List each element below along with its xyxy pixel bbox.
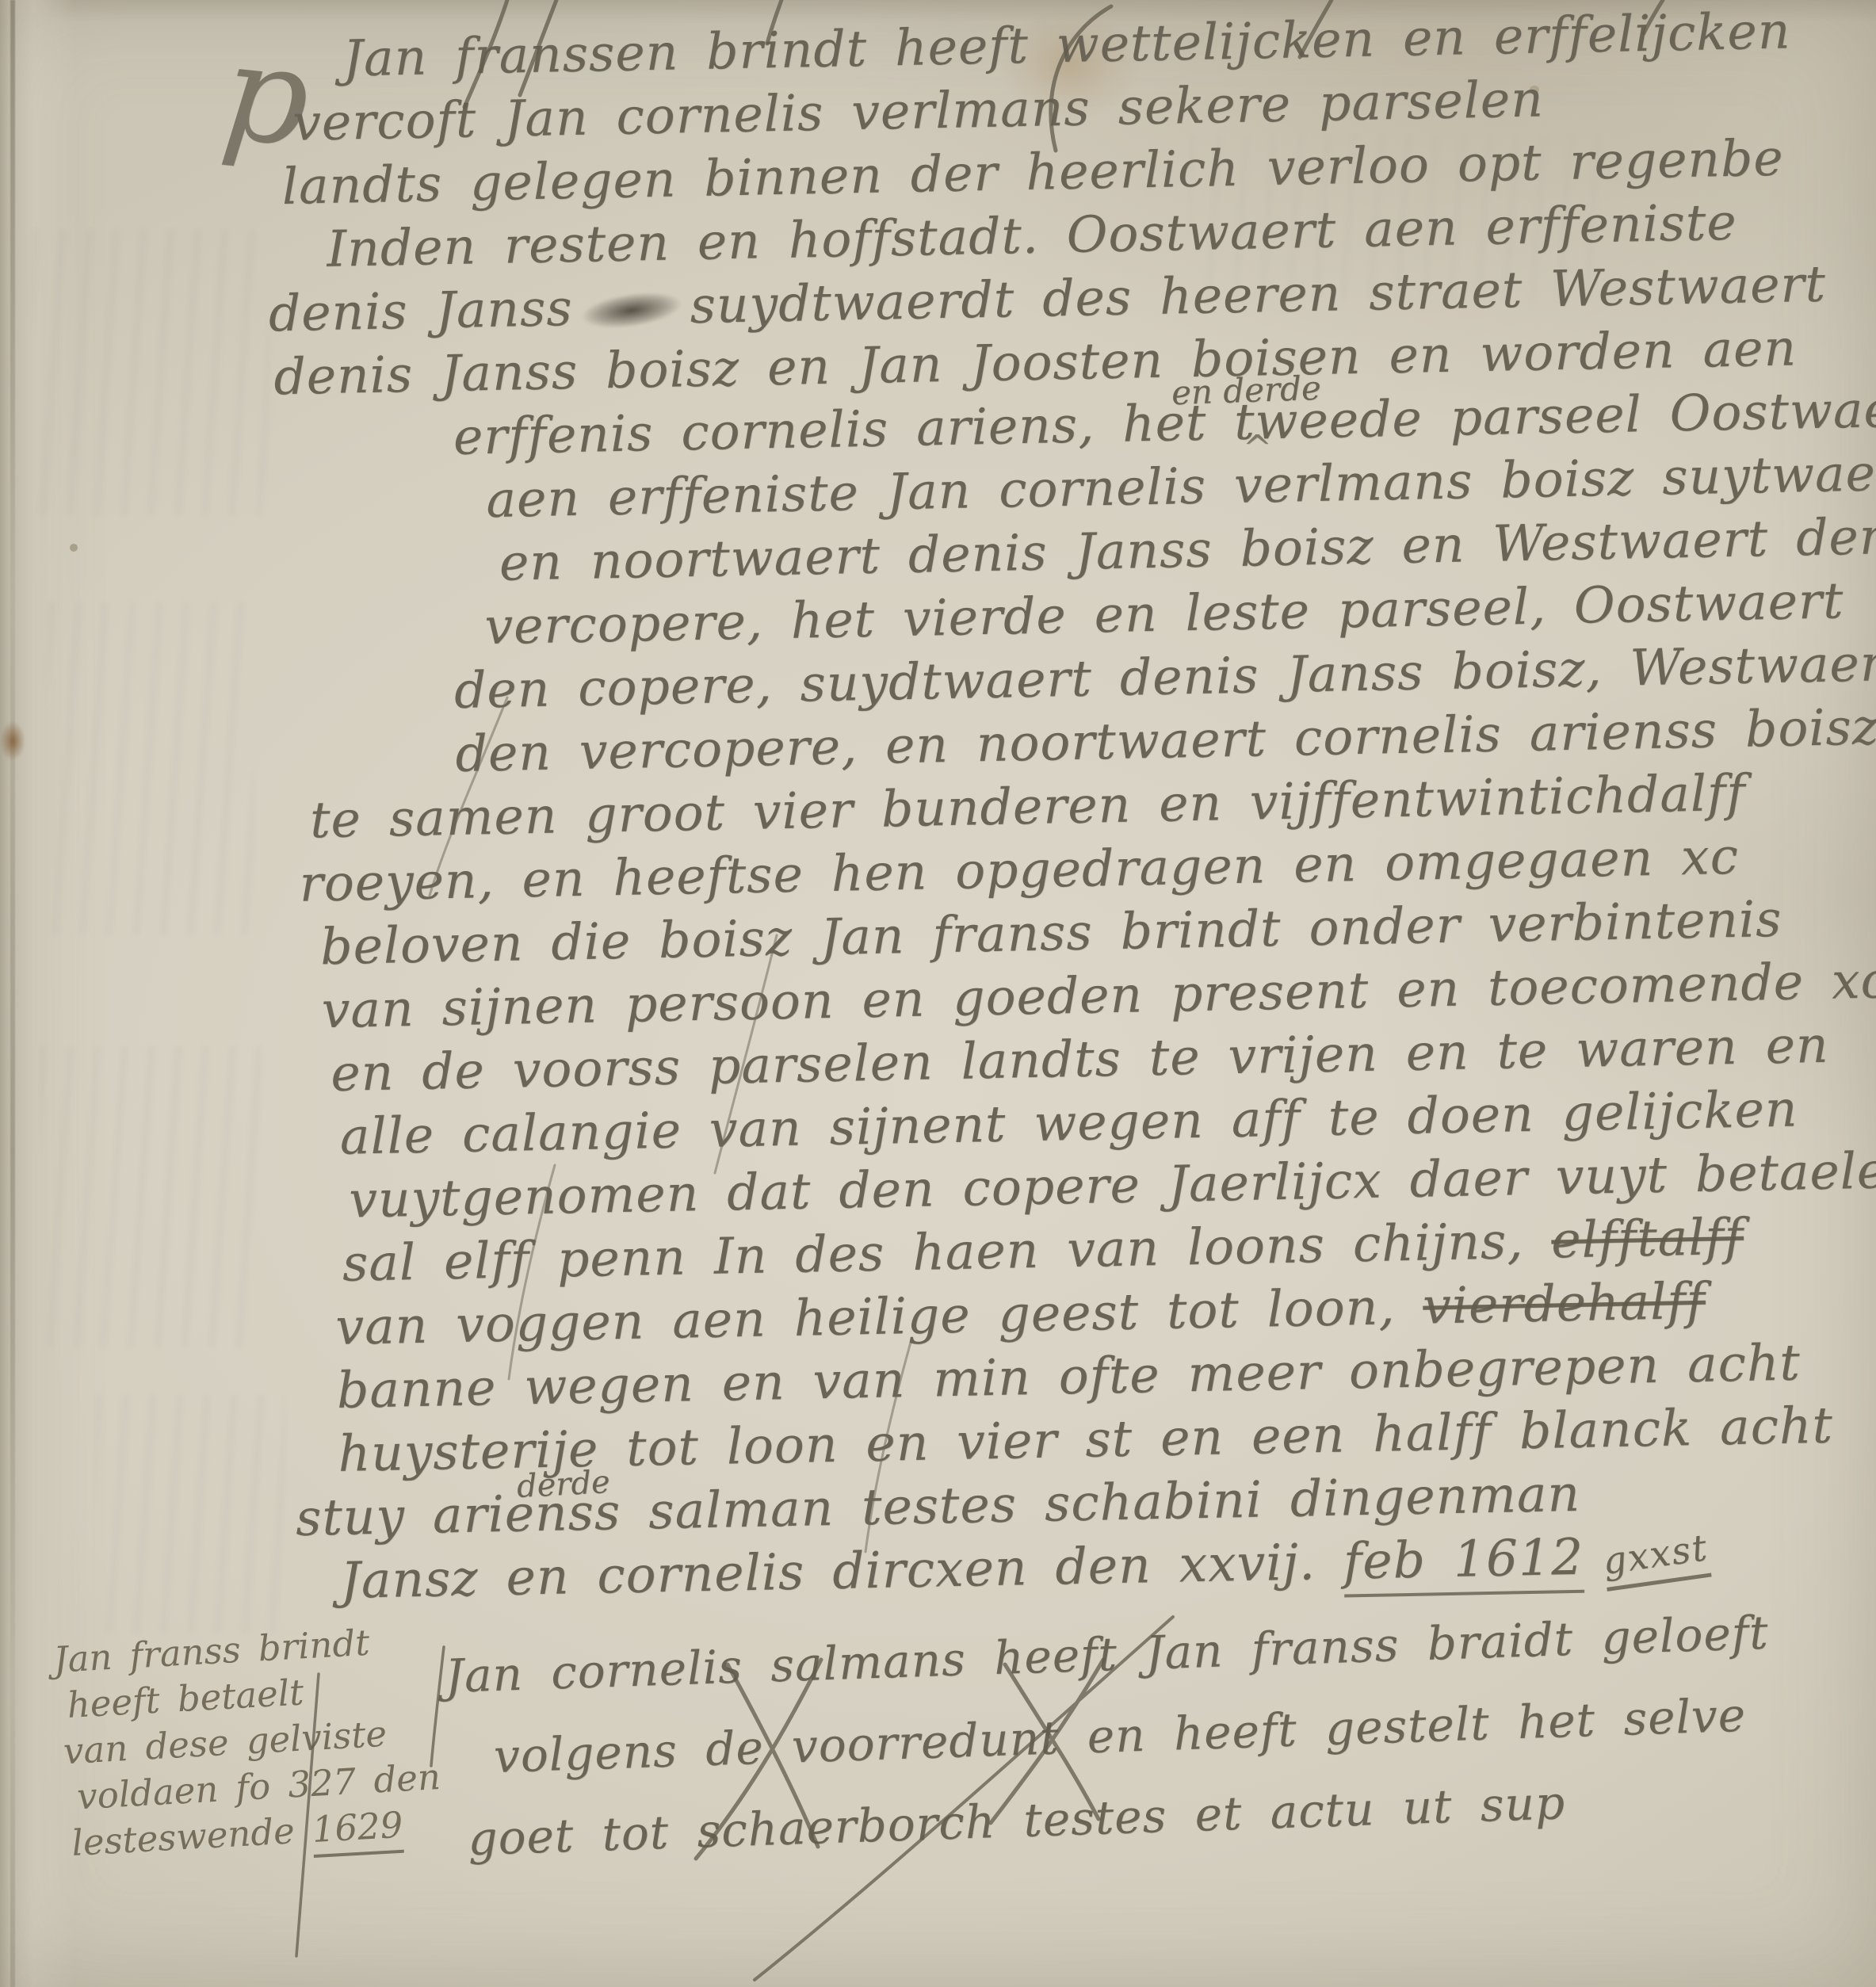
interline-insertion: derde bbox=[516, 1464, 611, 1505]
showthrough-smudge bbox=[95, 1395, 285, 1633]
text-fragment: denis Janss bbox=[268, 279, 573, 342]
ink-blot bbox=[579, 287, 684, 334]
fold-crease bbox=[10, 0, 15, 1987]
text-fragment: lesteswende bbox=[71, 1809, 296, 1864]
struck-text: vierdehalff bbox=[1423, 1272, 1706, 1335]
underlined-date: feb 1612 bbox=[1343, 1528, 1584, 1598]
interline-insertion: en derde bbox=[1171, 369, 1321, 413]
struck-text: elfftalff bbox=[1551, 1208, 1744, 1270]
showthrough-smudge bbox=[32, 230, 269, 515]
stain bbox=[70, 544, 78, 552]
manuscript-page: p Jan franssen brindt heeft wettelijcken… bbox=[0, 0, 1876, 1987]
showthrough-smudge bbox=[48, 602, 254, 935]
deed-text-block: Jan franssen brindt heeft wettelijcken e… bbox=[279, 0, 1876, 1614]
bottom-entry: Jan cornelis salmans heeft Jan franss br… bbox=[444, 1588, 1876, 1881]
showthrough-smudge bbox=[40, 1046, 262, 1347]
stain bbox=[0, 721, 25, 761]
caret-icon: ^ bbox=[1243, 428, 1272, 468]
underlined-year: 1629 bbox=[311, 1804, 404, 1858]
